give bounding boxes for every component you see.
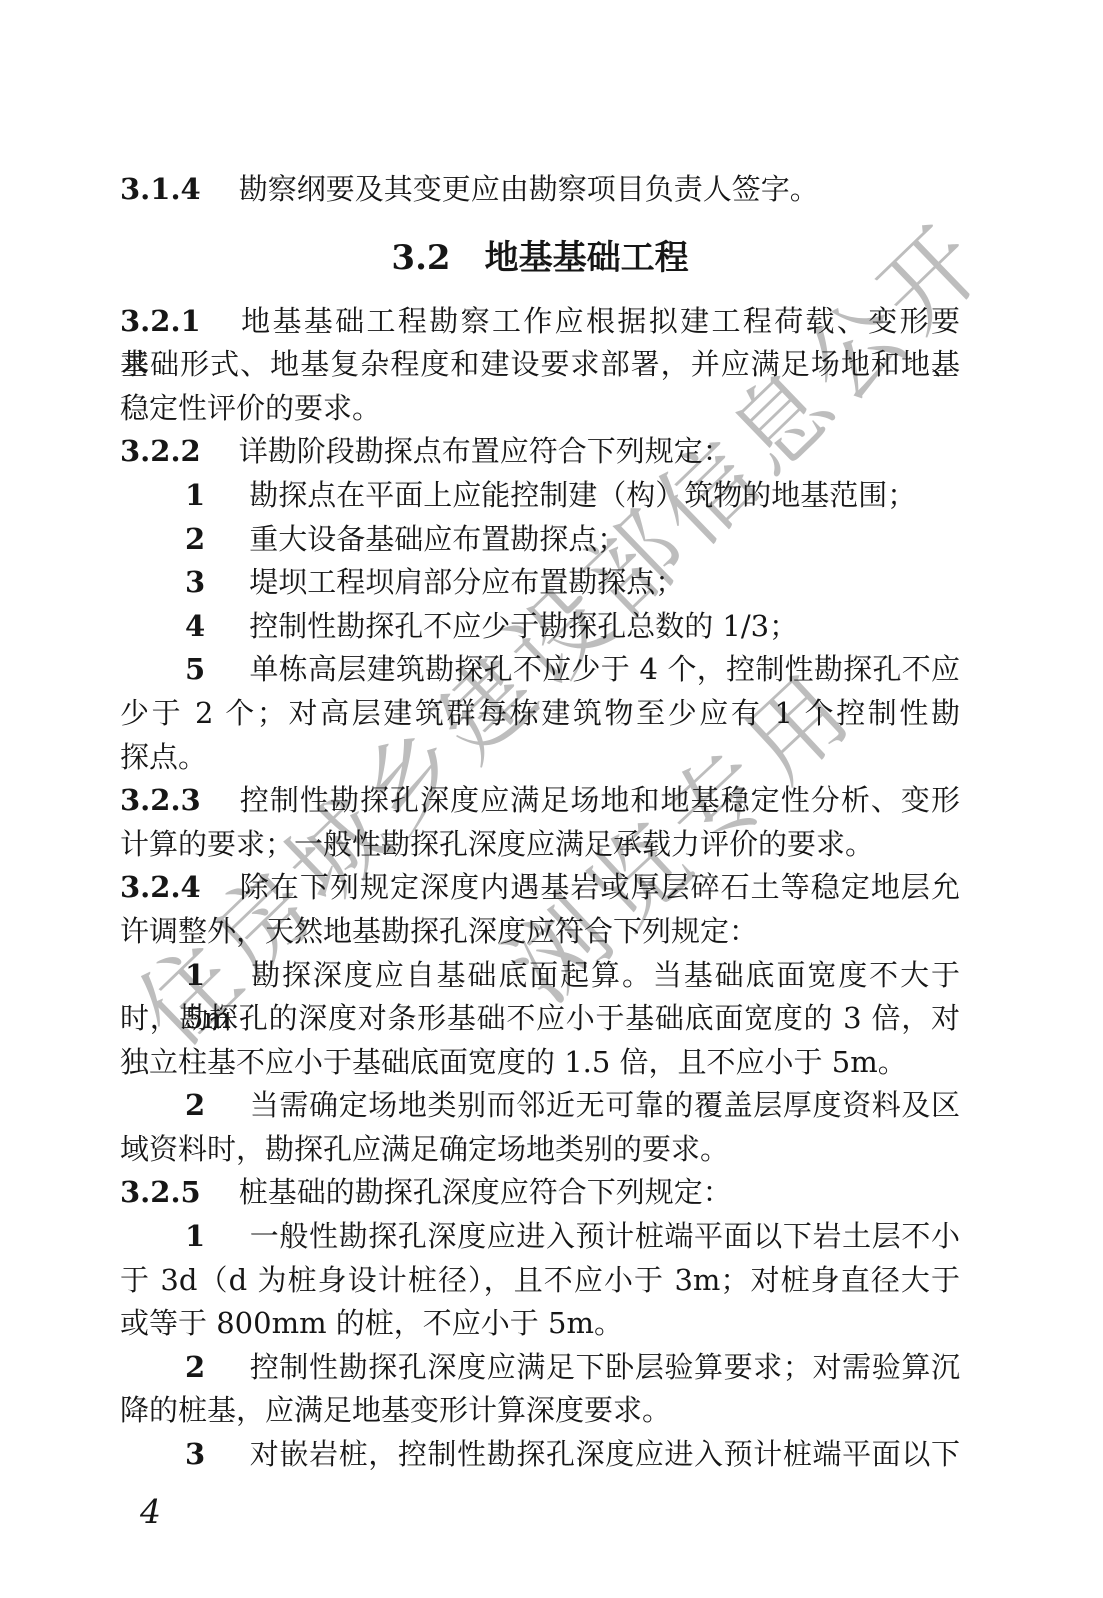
line-text: 域资料时，勘探孔应满足确定场地类别的要求。 (120, 1132, 729, 1166)
text-line: 基础形式、地基复杂程度和建设要求部署，并应满足场地和地基 (120, 343, 960, 387)
line-text: 基础形式、地基复杂程度和建设要求部署，并应满足场地和地基 (120, 347, 960, 381)
line-text: 探点。 (120, 740, 207, 774)
item-number: 2 (185, 1350, 205, 1384)
text-line: 探点。 (120, 736, 960, 780)
text-line: 1一般性勘探孔深度应进入预计桩端平面以下岩土层不小 (120, 1215, 960, 1259)
line-text: 一般性勘探孔深度应进入预计桩端平面以下岩土层不小 (249, 1219, 960, 1253)
text-line: 3.2.4除在下列规定深度内遇基岩或厚层碎石土等稳定地层允 (120, 866, 960, 910)
line-text: 重大设备基础应布置勘探点； (249, 522, 626, 556)
text-line: 2控制性勘探孔深度应满足下卧层验算要求；对需验算沉 (120, 1346, 960, 1390)
line-text: 详勘阶段勘探点布置应符合下列规定： (239, 434, 732, 468)
clause-number: 3.2.3 (120, 783, 201, 817)
text-line: 独立柱基不应小于基础底面宽度的 1.5 倍，且不应小于 5m。 (120, 1041, 960, 1085)
text-line: 3.2.1地基基础工程勘察工作应根据拟建工程荷载、变形要求、 (120, 300, 960, 344)
clause-number: 3.2.2 (120, 434, 201, 468)
text-line: 降的桩基，应满足地基变形计算深度要求。 (120, 1389, 960, 1433)
line-text: 许调整外，天然地基勘探孔深度应符合下列规定： (120, 914, 758, 948)
line-text: 于 3d（d 为桩身设计桩径），且不应小于 3m；对桩身直径大于 (120, 1263, 960, 1297)
line-text: 时，勘探孔的深度对条形基础不应小于基础底面宽度的 3 倍，对 (120, 1001, 960, 1035)
line-text: 勘察纲要及其变更应由勘察项目负责人签字。 (239, 172, 819, 206)
line-text: 除在下列规定深度内遇基岩或厚层碎石土等稳定地层允 (239, 870, 960, 904)
text-line: 稳定性评价的要求。 (120, 387, 960, 431)
document-page: 住房城乡建设部信息公开 浏览专用 3.1.4勘察纲要及其变更应由勘察项目负责人签… (0, 0, 1103, 1598)
text-line: 4控制性勘探孔不应少于勘探孔总数的 1/3； (120, 605, 960, 649)
line-text: 稳定性评价的要求。 (120, 391, 381, 425)
line-text: 或等于 800mm 的桩，不应小于 5m。 (120, 1306, 623, 1340)
text-line: 3.2.2详勘阶段勘探点布置应符合下列规定： (120, 430, 960, 474)
item-number: 1 (185, 1219, 205, 1253)
text-line: 域资料时，勘探孔应满足确定场地类别的要求。 (120, 1128, 960, 1172)
clause-number: 3.2.1 (120, 304, 201, 338)
clause-number: 3.2.5 (120, 1175, 201, 1209)
line-text: 计算的要求；一般性勘探孔深度应满足承载力评价的要求。 (120, 827, 874, 861)
line-text: 单栋高层建筑勘探孔不应少于 4 个，控制性勘探孔不应 (249, 652, 960, 686)
text-line: 3.2.3控制性勘探孔深度应满足场地和地基稳定性分析、变形 (120, 779, 960, 823)
body-column: 3.1.4勘察纲要及其变更应由勘察项目负责人签字。3.2地基基础工程3.2.1地… (120, 0, 960, 1477)
item-number: 2 (185, 522, 205, 556)
item-number: 2 (185, 1088, 205, 1122)
text-line: 2重大设备基础应布置勘探点； (120, 518, 960, 562)
text-line: 3对嵌岩桩，控制性勘探孔深度应进入预计桩端平面以下 (120, 1433, 960, 1477)
clause-number: 3.2.4 (120, 870, 201, 904)
line-text: 当需确定场地类别而邻近无可靠的覆盖层厚度资料及区 (249, 1088, 960, 1122)
text-line: 2当需确定场地类别而邻近无可靠的覆盖层厚度资料及区 (120, 1084, 960, 1128)
line-text: 桩基础的勘探孔深度应符合下列规定： (239, 1175, 732, 1209)
section-heading-number: 3.2 (391, 238, 450, 278)
line-text: 少于 2 个；对高层建筑群每栋建筑物至少应有 1 个控制性勘 (120, 696, 960, 730)
section-heading: 3.2地基基础工程 (120, 236, 960, 280)
line-text: 对嵌岩桩，控制性勘探孔深度应进入预计桩端平面以下 (249, 1437, 960, 1471)
line-text: 控制性勘探孔深度应满足场地和地基稳定性分析、变形 (239, 783, 960, 817)
line-text: 降的桩基，应满足地基变形计算深度要求。 (120, 1393, 671, 1427)
text-line: 1勘探点在平面上应能控制建（构）筑物的地基范围； (120, 474, 960, 518)
text-line: 3堤坝工程坝肩部分应布置勘探点； (120, 561, 960, 605)
text-line: 1勘探深度应自基础底面起算。当基础底面宽度不大于 5m (120, 954, 960, 998)
item-number: 1 (185, 958, 205, 992)
line-text: 控制性勘探孔深度应满足下卧层验算要求；对需验算沉 (249, 1350, 960, 1384)
page-number: 4 (140, 1490, 161, 1534)
section-heading-title: 地基基础工程 (485, 238, 689, 278)
item-number: 3 (185, 1437, 205, 1471)
text-line: 于 3d（d 为桩身设计桩径），且不应小于 3m；对桩身直径大于 (120, 1259, 960, 1303)
text-line: 3.1.4勘察纲要及其变更应由勘察项目负责人签字。 (120, 168, 960, 212)
line-text: 控制性勘探孔不应少于勘探孔总数的 1/3； (249, 609, 798, 643)
text-line: 少于 2 个；对高层建筑群每栋建筑物至少应有 1 个控制性勘 (120, 692, 960, 736)
text-line: 5单栋高层建筑勘探孔不应少于 4 个，控制性勘探孔不应 (120, 648, 960, 692)
text-line: 3.2.5桩基础的勘探孔深度应符合下列规定： (120, 1171, 960, 1215)
line-text: 堤坝工程坝肩部分应布置勘探点； (249, 565, 684, 599)
text-line: 计算的要求；一般性勘探孔深度应满足承载力评价的要求。 (120, 823, 960, 867)
item-number: 3 (185, 565, 205, 599)
line-text: 独立柱基不应小于基础底面宽度的 1.5 倍，且不应小于 5m。 (120, 1045, 907, 1079)
clause-number: 3.1.4 (120, 172, 201, 206)
item-number: 1 (185, 478, 205, 512)
item-number: 5 (185, 652, 205, 686)
text-line: 或等于 800mm 的桩，不应小于 5m。 (120, 1302, 960, 1346)
text-line: 时，勘探孔的深度对条形基础不应小于基础底面宽度的 3 倍，对 (120, 997, 960, 1041)
line-text: 勘探点在平面上应能控制建（构）筑物的地基范围； (249, 478, 916, 512)
item-number: 4 (185, 609, 205, 643)
text-line: 许调整外，天然地基勘探孔深度应符合下列规定： (120, 910, 960, 954)
